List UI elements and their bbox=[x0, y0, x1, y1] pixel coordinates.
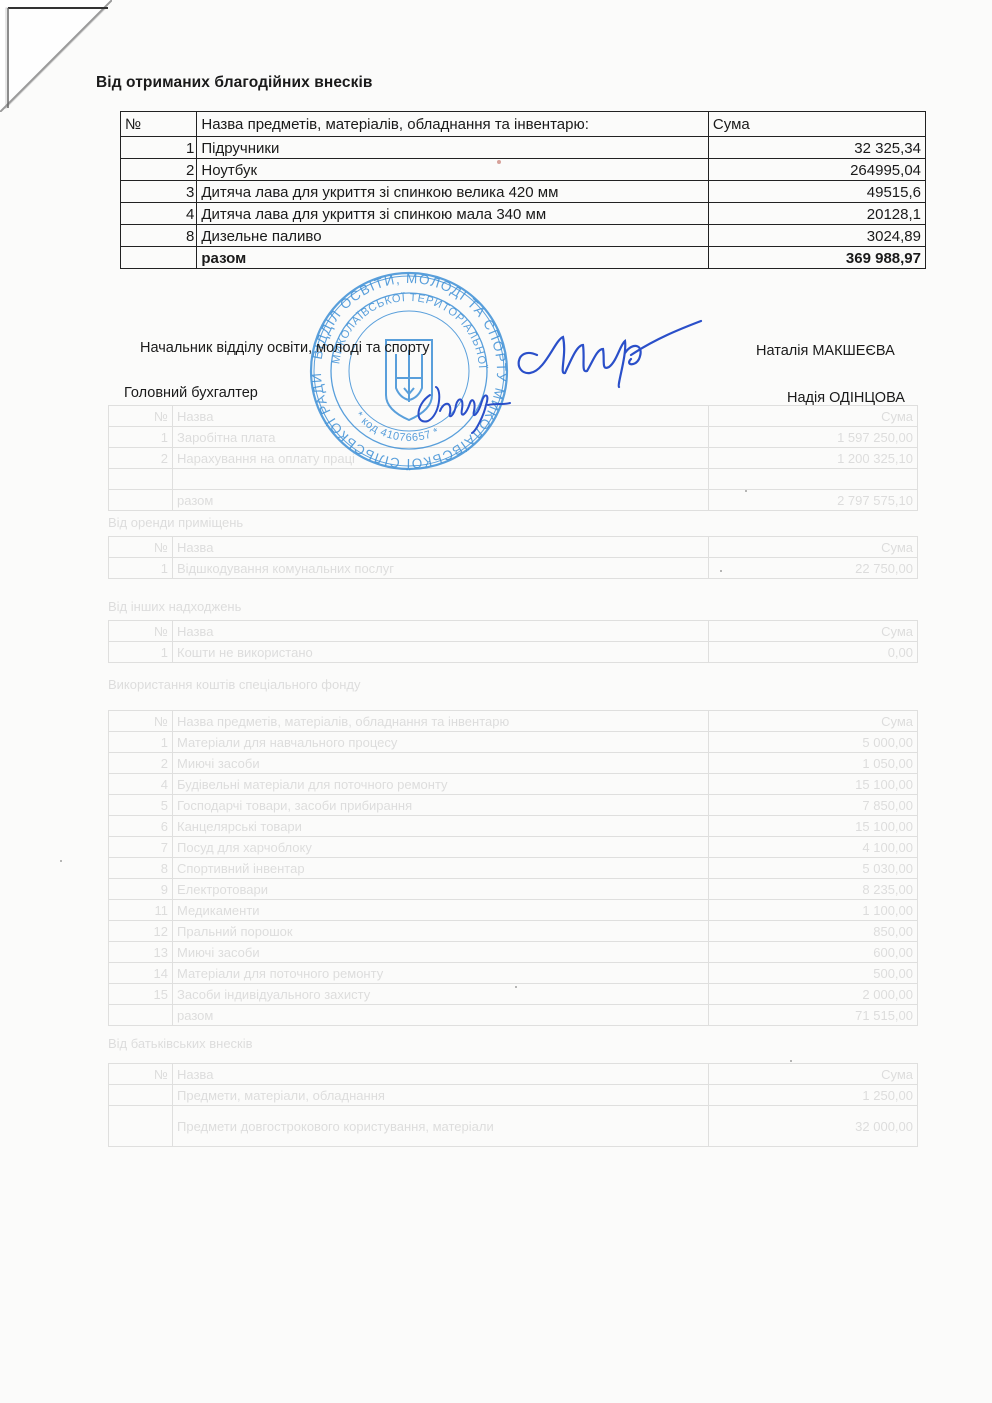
row-number: 3 bbox=[121, 181, 197, 203]
row-name: Підручники bbox=[197, 137, 709, 159]
table-row: 4 Дитяча лава для укриття зі спинкою мал… bbox=[121, 203, 926, 225]
official-stamp: ВІДДІЛ ОСВІТИ, МОЛОДІ ТА СПОРТУ МИКОЛАЇВ… bbox=[308, 270, 510, 472]
row-number: 4 bbox=[121, 203, 197, 225]
total-sum: 369 988,97 bbox=[708, 247, 925, 269]
total-number bbox=[121, 247, 197, 269]
accountant-signature bbox=[410, 375, 530, 435]
accountant-position: Головний бухгалтер bbox=[124, 385, 258, 401]
row-sum: 49515,6 bbox=[708, 181, 925, 203]
row-number: 2 bbox=[121, 159, 197, 181]
table-header-row: № Назва предметів, матеріалів, обладнанн… bbox=[121, 112, 926, 137]
head-signature bbox=[505, 315, 705, 390]
header-name: Назва предметів, матеріалів, обладнання … bbox=[197, 112, 709, 137]
row-name: Дитяча лава для укриття зі спинкою мала … bbox=[197, 203, 709, 225]
row-sum: 3024,89 bbox=[708, 225, 925, 247]
accountant-name: Надія ОДІНЦОВА bbox=[787, 390, 905, 406]
reverse-side-show-through: №НазваСума 1Заробітна плата1 597 250,00 … bbox=[108, 405, 918, 1147]
table-row: 1 Підручники 32 325,34 bbox=[121, 137, 926, 159]
header-sum: Сума bbox=[708, 112, 925, 137]
table-total-row: разом 369 988,97 bbox=[121, 247, 926, 269]
head-name: Наталія МАКШЕЄВА bbox=[756, 343, 895, 359]
donations-table: № Назва предметів, матеріалів, обладнанн… bbox=[120, 111, 926, 269]
total-label: разом bbox=[197, 247, 709, 269]
folded-corner bbox=[0, 0, 112, 112]
row-name: Ноутбук bbox=[197, 159, 709, 181]
section-heading: Від отриманих благодійних внесків bbox=[96, 74, 373, 92]
row-sum: 32 325,34 bbox=[708, 137, 925, 159]
header-number: № bbox=[121, 112, 197, 137]
row-number: 1 bbox=[121, 137, 197, 159]
row-number: 8 bbox=[121, 225, 197, 247]
head-position: Начальник відділу освіти, молоді та спор… bbox=[140, 340, 430, 356]
row-sum: 264995,04 bbox=[708, 159, 925, 181]
table-row: 8 Дизельне паливо 3024,89 bbox=[121, 225, 926, 247]
row-name: Дитяча лава для укриття зі спинкою велик… bbox=[197, 181, 709, 203]
table-row: 2 Ноутбук 264995,04 bbox=[121, 159, 926, 181]
table-row: 3 Дитяча лава для укриття зі спинкою вел… bbox=[121, 181, 926, 203]
row-sum: 20128,1 bbox=[708, 203, 925, 225]
row-name: Дизельне паливо bbox=[197, 225, 709, 247]
